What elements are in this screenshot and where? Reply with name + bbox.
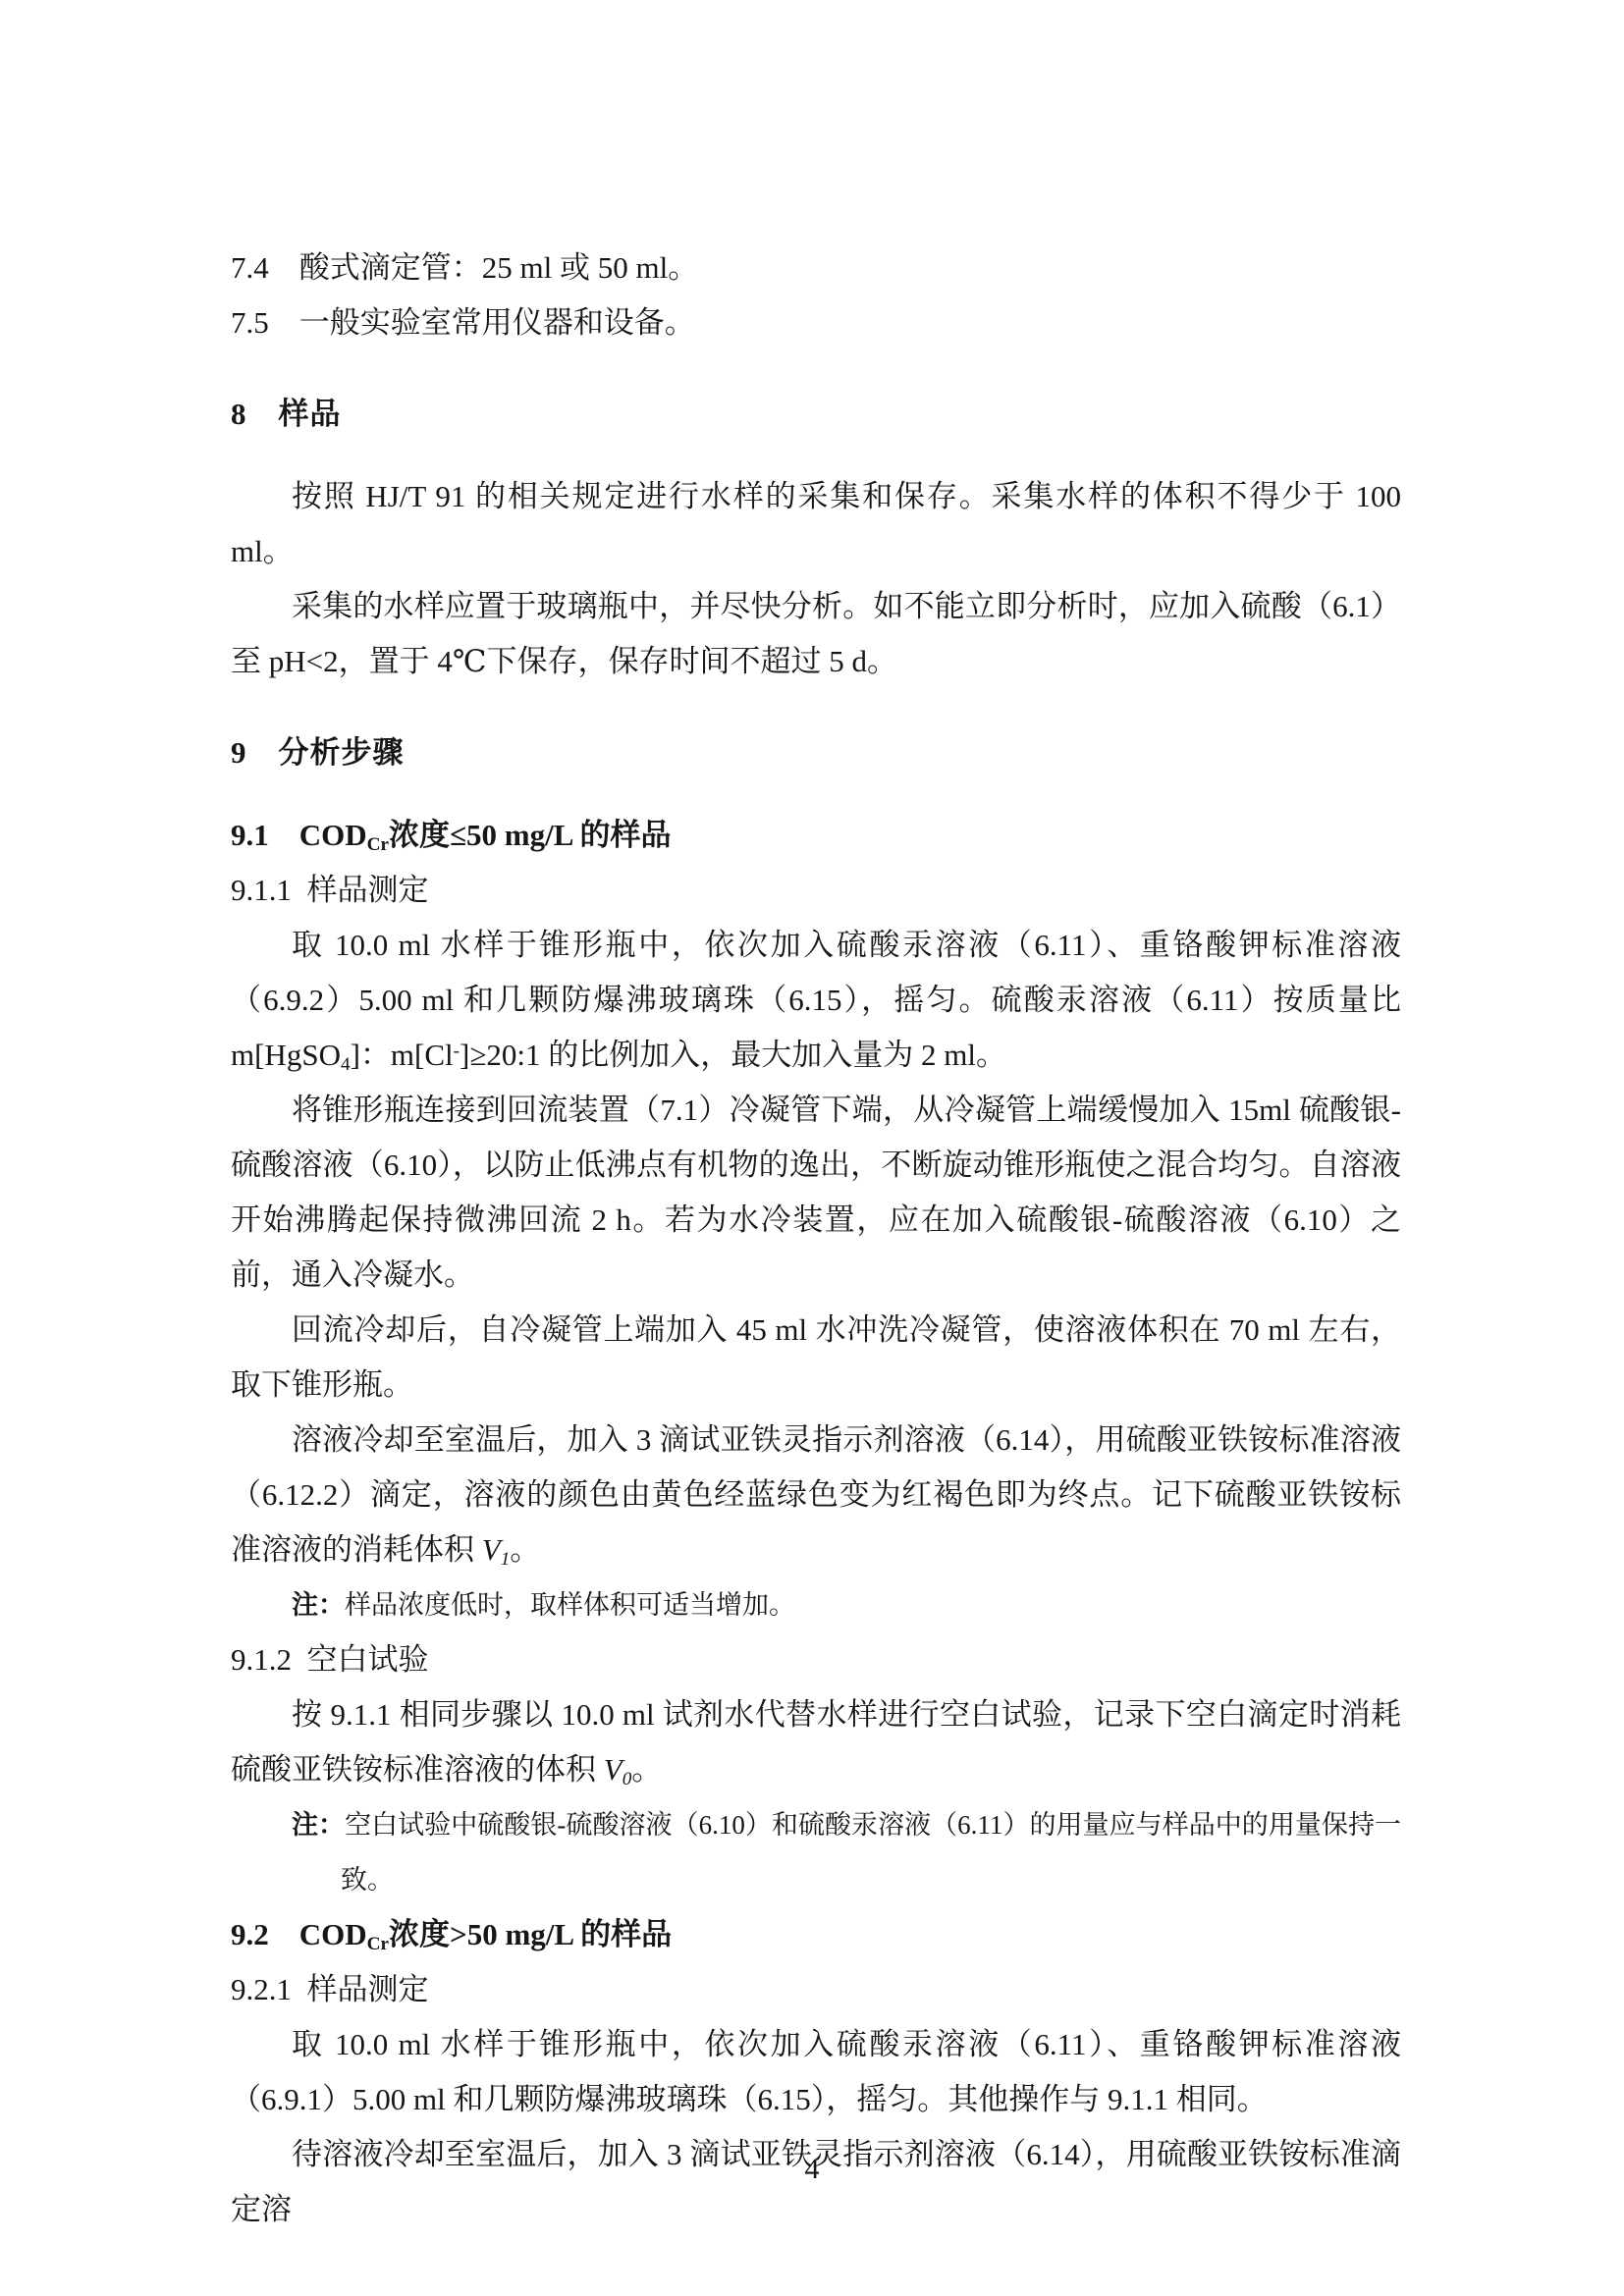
section-8-para-2: 采集的水样应置于玻璃瓶中，并尽快分析。如不能立即分析时，应加入硫酸（6.1）至 … [231, 579, 1401, 689]
clause-7-5: 7.5 一般实验室常用仪器和设备。 [231, 295, 1401, 350]
clause-9-1-2-para-1: 按 9.1.1 相同步骤以 10.0 ml 试剂水代替水样进行空白试验，记录下空… [231, 1687, 1401, 1797]
clause-9-1-1-heading: 9.1.1 样品测定 [231, 863, 1401, 918]
clause-9-1-2-heading: 9.1.2 空白试验 [231, 1632, 1401, 1687]
clause-9-2-heading: 9.2 CODCr浓度>50 mg/L 的样品 [231, 1907, 1401, 1962]
clause-9-2-1-heading: 9.2.1 样品测定 [231, 1962, 1401, 2017]
document-page: 7.4 酸式滴定管：25 ml 或 50 ml。7.5 一般实验室常用仪器和设备… [0, 0, 1624, 2296]
clause-9-1-2-note: 注：空白试验中硫酸银-硫酸溶液（6.10）和硫酸汞溶液（6.11）的用量应与样品… [231, 1797, 1401, 1907]
clause-9-1-1-para-1: 取 10.0 ml 水样于锥形瓶中，依次加入硫酸汞溶液（6.11）、重铬酸钾标准… [231, 918, 1401, 1083]
clause-7-4: 7.4 酸式滴定管：25 ml 或 50 ml。 [231, 240, 1401, 295]
clause-9-1-1-para-2: 将锥形瓶连接到回流装置（7.1）冷凝管下端，从冷凝管上端缓慢加入 15ml 硫酸… [231, 1083, 1401, 1303]
section-9-heading: 9 分析步骤 [231, 725, 1401, 780]
section-8-para-1: 按照 HJ/T 91 的相关规定进行水样的采集和保存。采集水样的体积不得少于 1… [231, 469, 1401, 579]
clause-9-2-1-para-1: 取 10.0 ml 水样于锥形瓶中，依次加入硫酸汞溶液（6.11）、重铬酸钾标准… [231, 2017, 1401, 2127]
clause-9-1-heading: 9.1 CODCr浓度≤50 mg/L 的样品 [231, 808, 1401, 863]
clause-9-1-1-note: 注：样品浓度低时，取样体积可适当增加。 [231, 1577, 1401, 1632]
document-content: 7.4 酸式滴定管：25 ml 或 50 ml。7.5 一般实验室常用仪器和设备… [231, 240, 1401, 2237]
page-number: 4 [0, 2150, 1624, 2189]
clause-9-1-1-para-4: 溶液冷却至室温后，加入 3 滴试亚铁灵指示剂溶液（6.14），用硫酸亚铁铵标准溶… [231, 1413, 1401, 1577]
section-8-heading: 8 样品 [231, 387, 1401, 442]
clause-9-1-1-para-3: 回流冷却后，自冷凝管上端加入 45 ml 水冲洗冷凝管，使溶液体积在 70 ml… [231, 1303, 1401, 1413]
